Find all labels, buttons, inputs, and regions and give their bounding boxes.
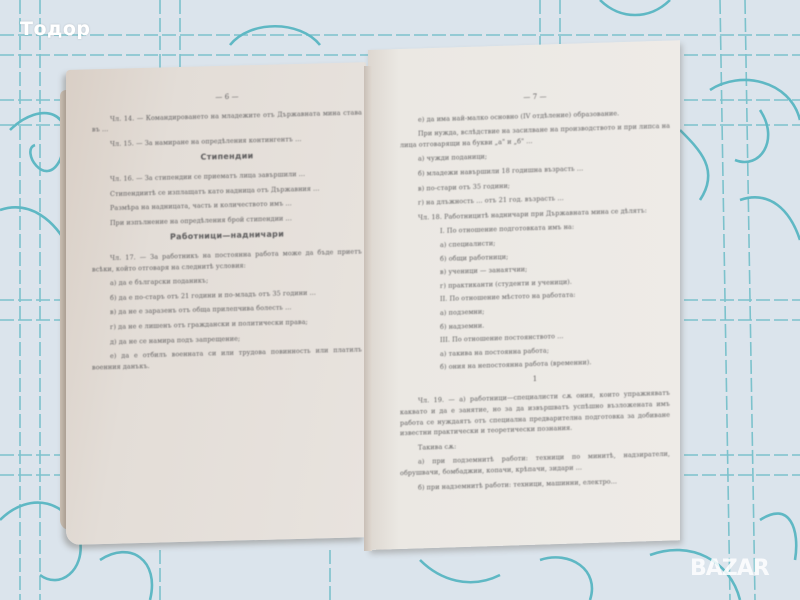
section-heading: Работници—надничари — [92, 228, 362, 246]
paragraph: Чл. 17. — За работникъ на постоянна рабо… — [92, 246, 362, 274]
paragraph: При изпълнение на опредѣления брой стипе… — [92, 211, 362, 229]
paragraph: Чл. 14. — Командироването на младежите о… — [92, 107, 362, 135]
paragraph: Чл. 15. — За намиране на опредѣления кон… — [92, 132, 362, 150]
seller-name-watermark: Тодор — [20, 18, 91, 40]
booklet-spine — [364, 66, 372, 551]
section-heading: Стипендии — [92, 149, 362, 167]
paragraph: При нужда, вслѣдствие на засилване на пр… — [400, 121, 670, 151]
open-booklet: — 6 — Чл. 14. — Командироването на младе… — [0, 0, 800, 600]
classification-list-1: I. По отношение подготовката имъ на: а) … — [400, 219, 670, 374]
paragraph: Чл. 19. — а) работници—специалисти сѫ он… — [400, 388, 670, 439]
paragraph: е) да е отбилъ военната си или трудова п… — [92, 345, 362, 373]
right-page-text: — 7 — е) да има най-малко основно (IV от… — [400, 88, 670, 498]
left-page-text: — 6 — Чл. 14. — Командироването на младе… — [92, 88, 362, 376]
bazar-logo-watermark: BAZAR — [690, 556, 769, 581]
paragraph: а) при подземнитѣ работи: техници по мин… — [400, 449, 670, 479]
